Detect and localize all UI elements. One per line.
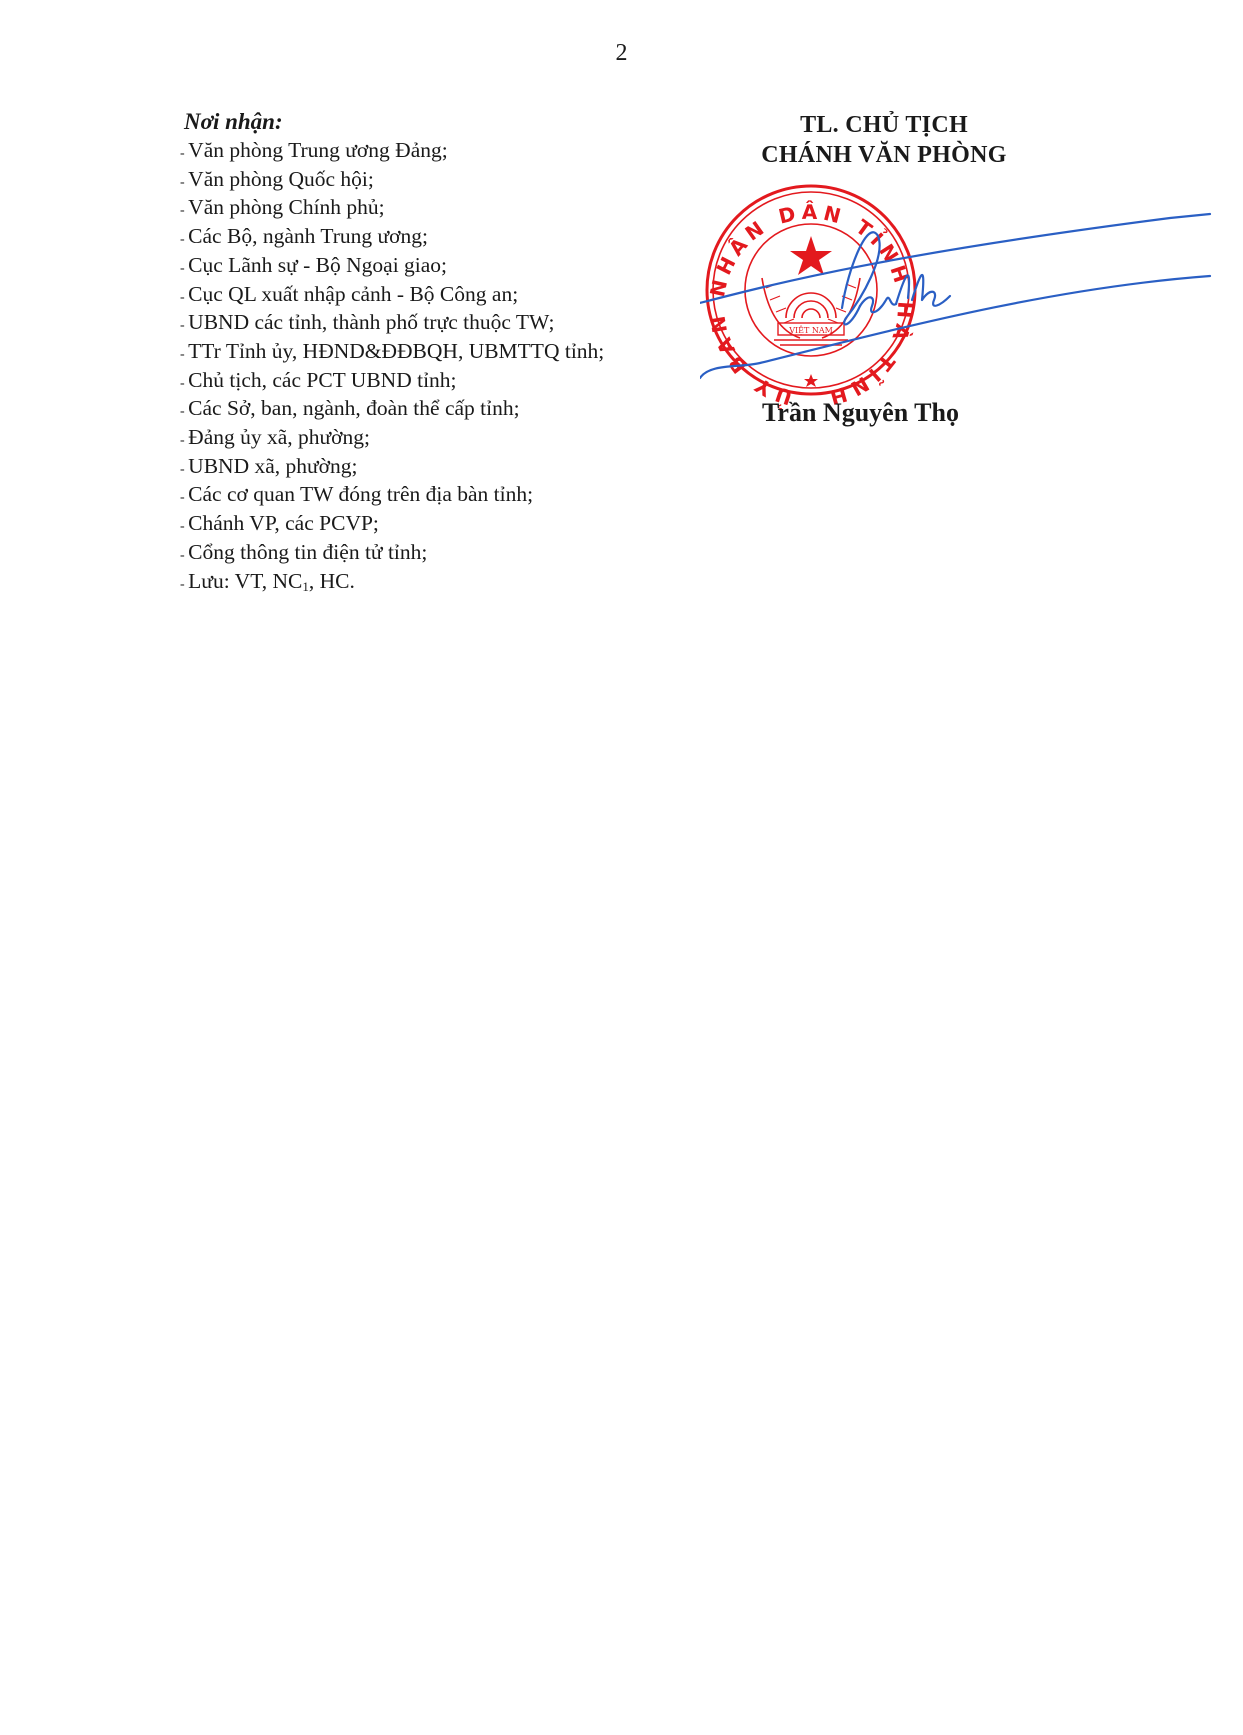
seal-and-signature: ỦY BAN NHÂN DÂN TỈNH HÀ TĨNH VIỆT NAM [700,178,1240,418]
official-seal-icon: ỦY BAN NHÂN DÂN TỈNH HÀ TĨNH VIỆT NAM [700,178,1240,418]
recipient-item: UBND xã, phường; [180,454,640,483]
page-number: 2 [0,40,1243,67]
signer-name: Trần Nguyên Thọ [762,398,959,428]
svg-text:VIỆT NAM: VIỆT NAM [788,326,833,335]
signature-title-line1: TL. CHỦ TỊCH [714,110,1054,140]
recipient-item: Chánh VP, các PCVP; [180,511,640,540]
recipient-item: Cổng thông tin điện tử tỉnh; [180,540,640,569]
recipient-item: TTr Tỉnh ủy, HĐND&ĐĐBQH, UBMTTQ tỉnh; [180,339,640,368]
recipient-item: Cục QL xuất nhập cảnh - Bộ Công an; [180,282,640,311]
signature-block: TL. CHỦ TỊCH CHÁNH VĂN PHÒNG [690,110,1190,170]
recipient-item: Các Sở, ban, ngành, đoàn thể cấp tỉnh; [180,396,640,425]
recipient-item: Chủ tịch, các PCT UBND tỉnh; [180,368,640,397]
recipient-item: Văn phòng Trung ương Đảng; [180,138,640,167]
recipients-title: Nơi nhận: [184,108,640,136]
recipients-block: Nơi nhận: Văn phòng Trung ương Đảng;Văn … [180,108,640,597]
recipient-item: Cục Lãnh sự - Bộ Ngoại giao; [180,253,640,282]
recipient-item-archive: Lưu: VT, NC1, HC. [180,569,640,598]
recipient-item: UBND các tỉnh, thành phố trực thuộc TW; [180,310,640,339]
recipient-item: Đảng ủy xã, phường; [180,425,640,454]
recipient-item: Văn phòng Chính phủ; [180,195,640,224]
recipients-list: Văn phòng Trung ương Đảng;Văn phòng Quốc… [180,138,640,597]
signature-title-line2: CHÁNH VĂN PHÒNG [714,140,1054,170]
recipient-item: Các Bộ, ngành Trung ương; [180,224,640,253]
recipient-item: Văn phòng Quốc hội; [180,167,640,196]
recipient-item: Các cơ quan TW đóng trên địa bàn tỉnh; [180,482,640,511]
